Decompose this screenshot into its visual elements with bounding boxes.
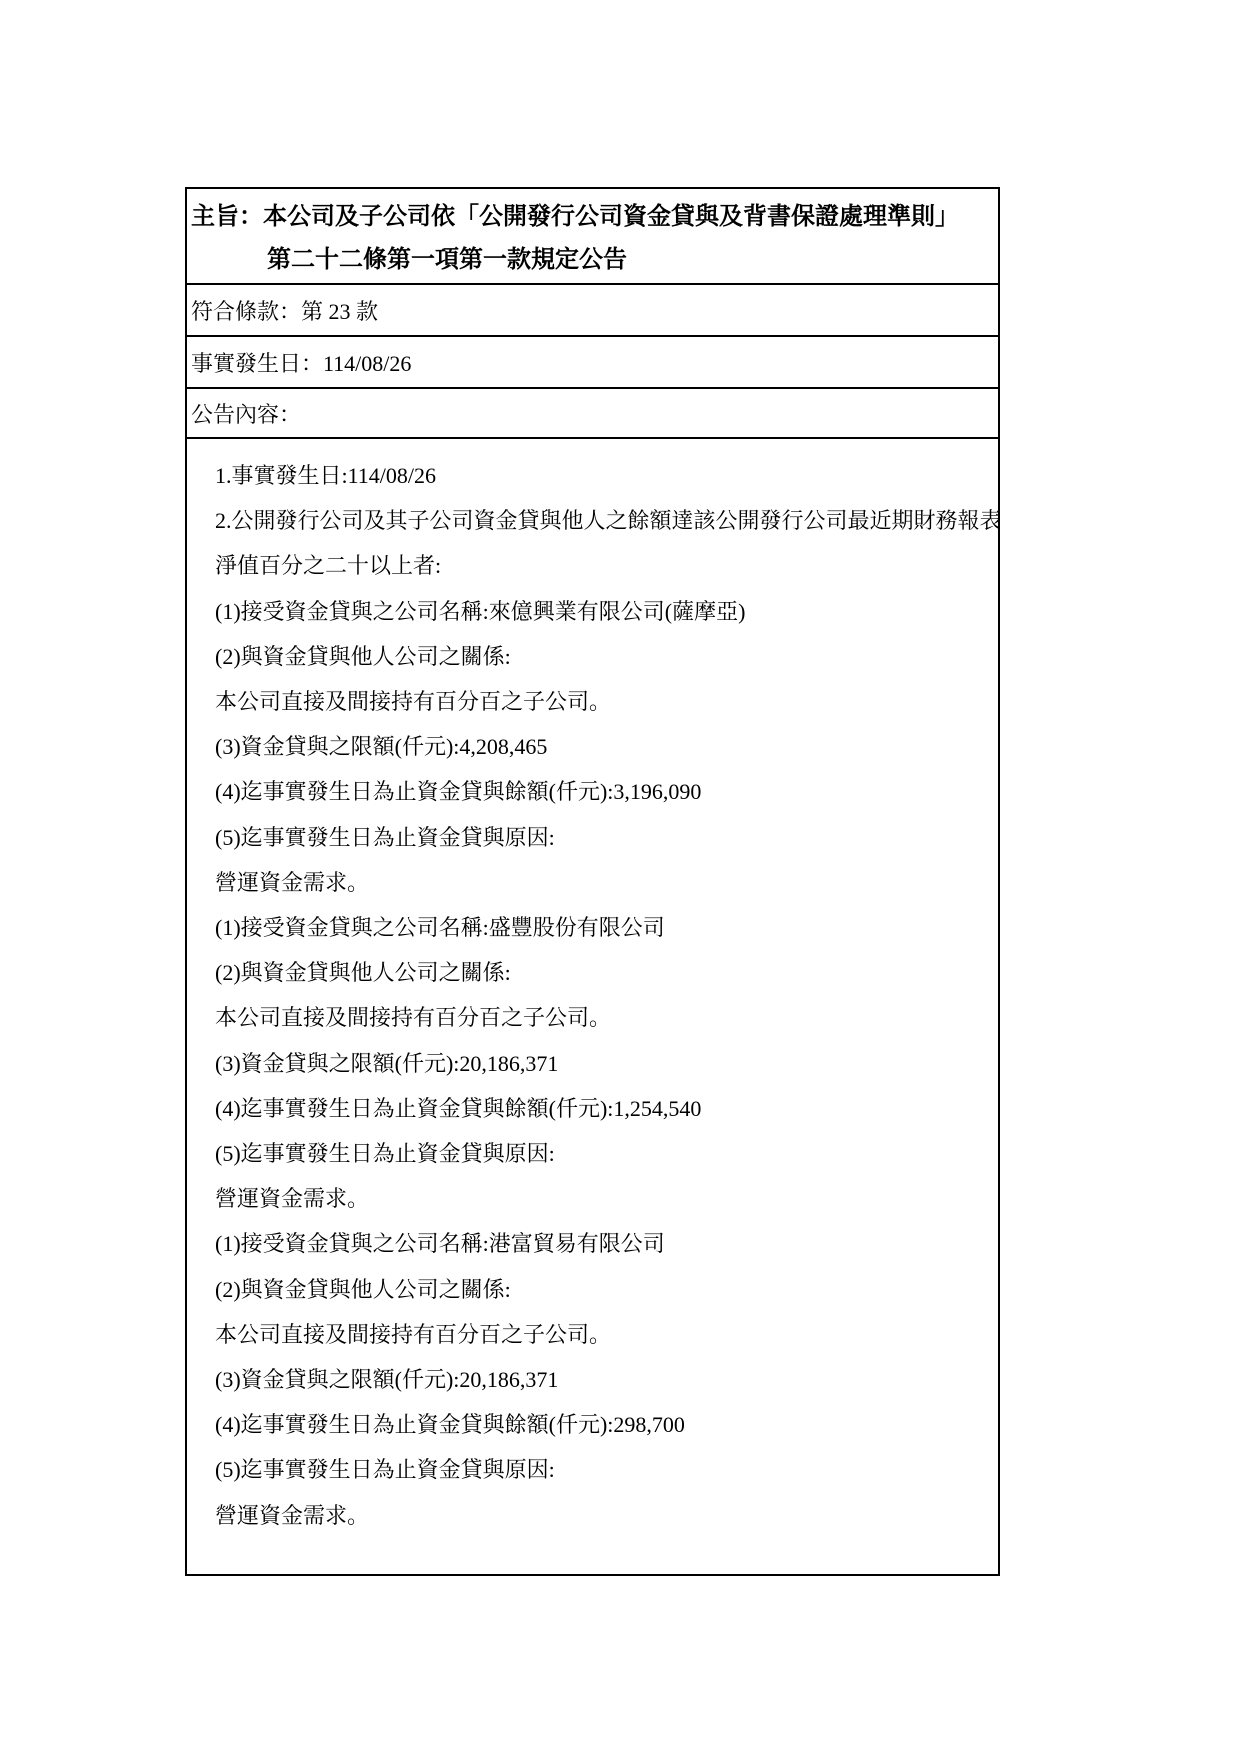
content-line: (1)接受資金貸與之公司名稱:盛豐股份有限公司 — [215, 905, 992, 950]
subject-line-2: 第二十二條第一項第一款規定公告 — [191, 239, 992, 282]
matched-clause-row: 符合條款：第 23 款 — [187, 285, 998, 337]
content-line: 1.事實發生日:114/08/26 — [215, 453, 992, 498]
content-line: (3)資金貸與之限額(仟元):4,208,465 — [215, 724, 992, 769]
content-line: 淨值百分之二十以上者: — [215, 543, 992, 588]
matched-clause-text: 符合條款：第 23 款 — [191, 295, 378, 326]
content-line: (4)迄事實發生日為止資金貸與餘額(仟元):298,700 — [215, 1402, 992, 1447]
content-label-row: 公告內容： — [187, 389, 998, 439]
content-line: (2)與資金貸與他人公司之關係: — [215, 634, 992, 679]
content-label-text: 公告內容： — [191, 398, 301, 429]
announcement-content: 1.事實發生日:114/08/26 2.公開發行公司及其子公司資金貸與他人之餘額… — [187, 439, 998, 1574]
content-line: 本公司直接及間接持有百分百之子公司。 — [215, 995, 992, 1040]
subject-row: 主旨：本公司及子公司依「公開發行公司資金貸與及背書保證處理準則」 第二十二條第一… — [187, 189, 998, 285]
content-line: (2)與資金貸與他人公司之關係: — [215, 950, 992, 995]
content-line: (3)資金貸與之限額(仟元):20,186,371 — [215, 1357, 992, 1402]
announcement-page: { "page": { "background_color": "#ffffff… — [0, 0, 1241, 1755]
content-line: (5)迄事實發生日為止資金貸與原因: — [215, 1447, 992, 1492]
content-line: (4)迄事實發生日為止資金貸與餘額(仟元):3,196,090 — [215, 769, 992, 814]
announcement-table: 主旨：本公司及子公司依「公開發行公司資金貸與及背書保證處理準則」 第二十二條第一… — [185, 187, 1000, 1576]
content-line: (2)與資金貸與他人公司之關係: — [215, 1267, 992, 1312]
fact-date-text: 事實發生日：114/08/26 — [191, 347, 411, 378]
content-line: (5)迄事實發生日為止資金貸與原因: — [215, 1131, 992, 1176]
content-line: 本公司直接及間接持有百分百之子公司。 — [215, 1312, 992, 1357]
content-line: 本公司直接及間接持有百分百之子公司。 — [215, 679, 992, 724]
content-line: 營運資金需求。 — [215, 1176, 992, 1221]
content-line: (1)接受資金貸與之公司名稱:來億興業有限公司(薩摩亞) — [215, 589, 992, 634]
content-line: (4)迄事實發生日為止資金貸與餘額(仟元):1,254,540 — [215, 1086, 992, 1131]
content-line: (5)迄事實發生日為止資金貸與原因: — [215, 815, 992, 860]
content-line: (1)接受資金貸與之公司名稱:港富貿易有限公司 — [215, 1221, 992, 1266]
subject-line-1: 主旨：本公司及子公司依「公開發行公司資金貸與及背書保證處理準則」 — [191, 196, 992, 239]
content-line: 營運資金需求。 — [215, 1493, 992, 1538]
content-line: 營運資金需求。 — [215, 860, 992, 905]
content-line: 2.公開發行公司及其子公司資金貸與他人之餘額達該公開發行公司最近期財務報表 — [215, 498, 992, 543]
content-line: (3)資金貸與之限額(仟元):20,186,371 — [215, 1041, 992, 1086]
fact-date-row: 事實發生日：114/08/26 — [187, 337, 998, 389]
